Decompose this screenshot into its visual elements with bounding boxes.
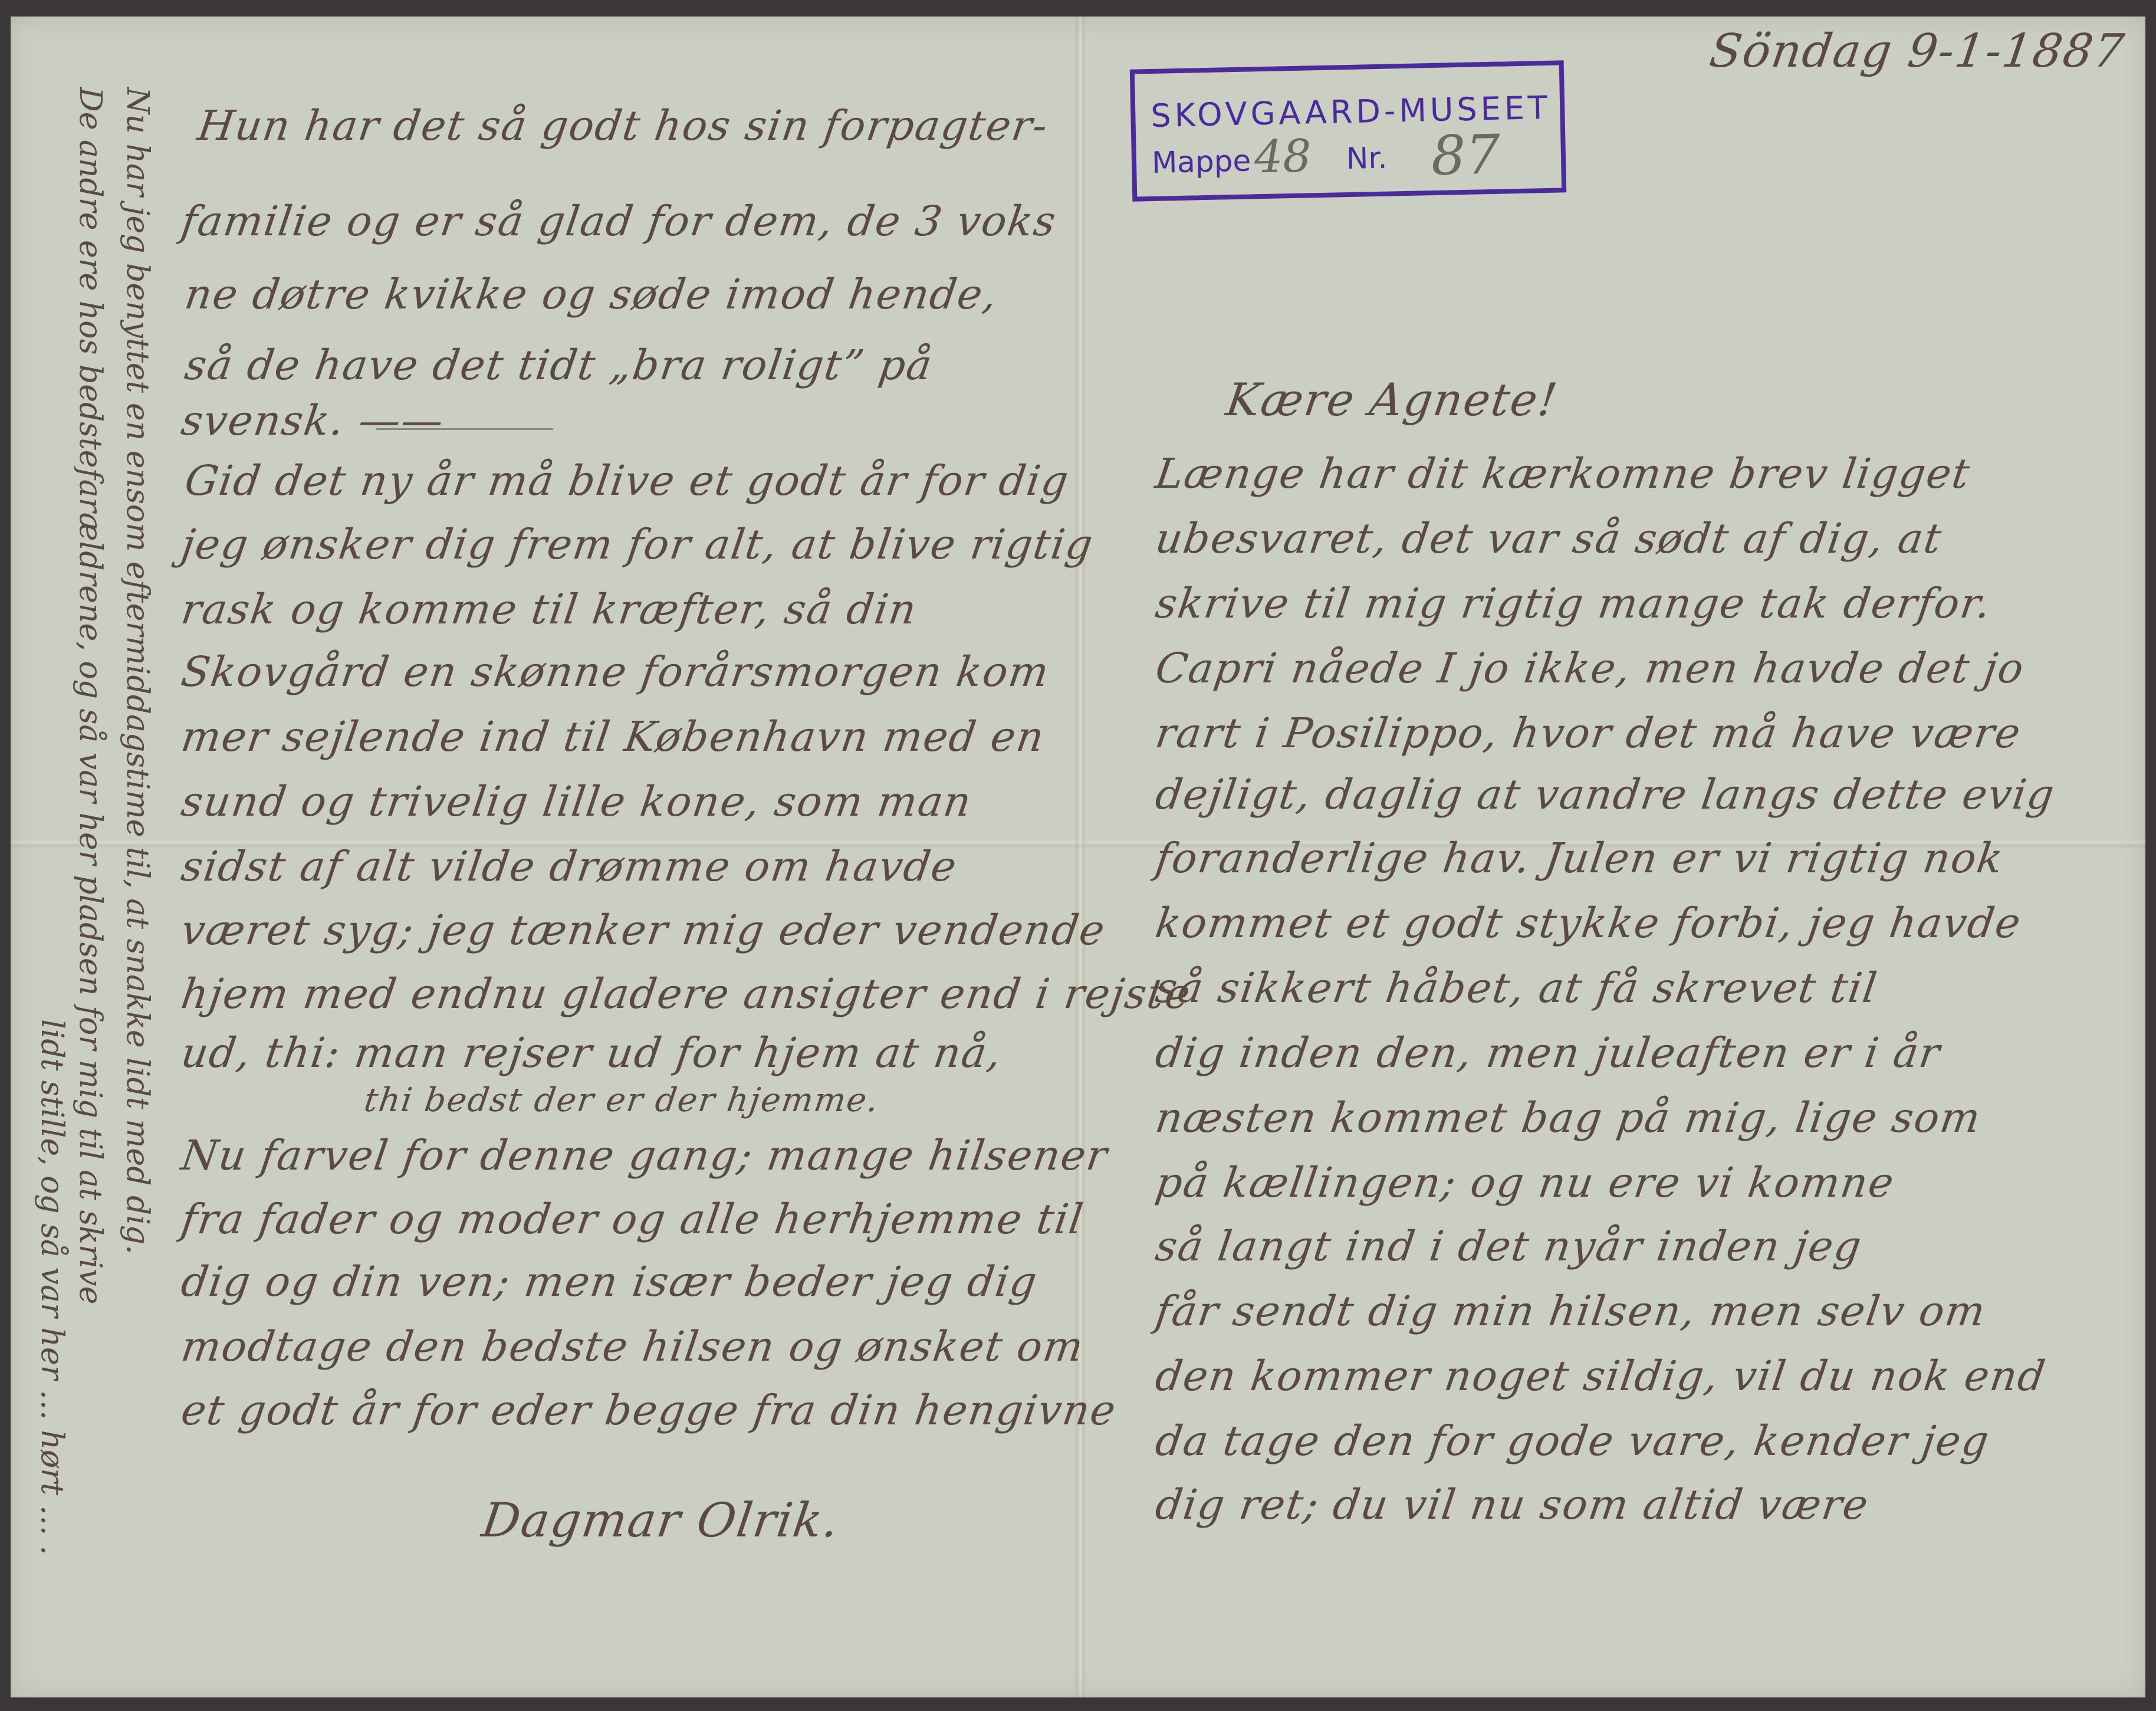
right-line-13: så langt ind i det nyår inden jeg: [1153, 1226, 1865, 1267]
left-line-18: fra fader og moder og alle herhjemme til: [179, 1198, 1086, 1240]
right-line-10: dig inden den, men juleaften er i år: [1153, 1032, 1943, 1073]
letter-paper: Hun har det så godt hos sin forpagter- f…: [11, 17, 2145, 1697]
left-line-14: hjem med endnu gladere ansigter end i re…: [179, 973, 1194, 1014]
right-line-17: dig ret; du vil nu som altid være: [1153, 1484, 1872, 1525]
right-line-15: den kommer noget sildig, vil du nok end: [1153, 1355, 2049, 1397]
right-line-16: da tage den for gode vare, kender jeg: [1153, 1420, 1992, 1462]
stamp-mappe-label: Mappe: [1151, 143, 1251, 180]
left-line-12: sidst af alt vilde drømme om havde: [179, 846, 960, 887]
margin-note-line-2: De andre ere hos bedstefarældrene, og så…: [73, 87, 108, 1305]
left-line-20: modtage den bedste hilsen og ønsket om: [179, 1326, 1087, 1367]
left-line-6: Gid det ny år må blive et godt år for di…: [182, 460, 1072, 501]
left-line-9: Skovgård en skønne forårsmorgen kom: [179, 651, 1052, 692]
left-line-7: jeg ønsker dig frem for alt, at blive ri…: [179, 524, 1096, 565]
left-line-13: været syg; jeg tænker mig eder vendende: [179, 909, 1108, 951]
right-line-5: rart i Posilippo, hvor det må have være: [1153, 712, 2024, 754]
stamp-mappe-value: 48: [1254, 129, 1312, 183]
right-line-7: foranderlige hav. Julen er vi rigtig nok: [1153, 838, 2006, 879]
right-line-1: Længe har dit kærkomne brev ligget: [1153, 453, 1973, 494]
left-line-19: dig og din ven; men især beder jeg dig: [179, 1261, 1040, 1302]
left-line-8: rask og komme til kræfter, så din: [179, 589, 920, 630]
right-line-11: næsten kommet bag på mig, lige som: [1153, 1097, 1984, 1138]
left-line-15: ud, thi: man rejser ud for hjem at nå,: [179, 1032, 1005, 1073]
left-line-2: familie og er så glad for dem, de 3 voks: [179, 201, 1059, 242]
left-page: Hun har det så godt hos sin forpagter- f…: [11, 17, 1078, 1697]
right-page: Söndag 9-1-1887 Kære Agnete! Længe har d…: [1085, 17, 2145, 1697]
left-line-1: Hun har det så godt hos sin forpagter-: [195, 105, 1051, 146]
right-line-14: får sendt dig min hilsen, men selv om: [1153, 1290, 1989, 1332]
dash-stroke: [376, 428, 553, 430]
right-line-8: kommet et godt stykke forbi, jeg havde: [1153, 902, 2024, 944]
left-line-3: ne døtre kvikke og søde imod hende,: [182, 274, 1000, 315]
left-line-11: sund og trivelig lille kone, som man: [179, 781, 975, 822]
right-line-4: Capri nåede I jo ikke, men havde det jo: [1153, 648, 2027, 689]
margin-note-line-3: lidt stille, og så var her … hørt … .: [34, 1019, 70, 1555]
stamp-nr-value: 87: [1431, 123, 1501, 188]
signature: Dagmar Olrik.: [479, 1497, 842, 1544]
left-line-17: Nu farvel for denne gang; mange hilsener: [179, 1135, 1110, 1176]
salutation: Kære Agnete!: [1224, 377, 1561, 422]
right-line-3: skrive til mig rigtig mange tak derfor.: [1153, 583, 1994, 624]
museum-stamp: SKOVGAARD-MUSEET Mappe 48 Nr. 87: [1130, 60, 1567, 201]
left-line-16-verse: thi bedst der er der hjemme.: [362, 1084, 882, 1117]
right-line-9: så sikkert håbet, at få skrevet til: [1153, 967, 1880, 1009]
right-line-12: på kællingen; og nu ere vi komne: [1153, 1162, 1897, 1203]
left-line-21: et godt år for eder begge fra din hengiv…: [179, 1390, 1119, 1431]
letter-date: Söndag 9-1-1887: [1707, 28, 2128, 74]
margin-note-line-1: Nu har jeg benyttet en ensom eftermiddag…: [120, 87, 155, 1254]
left-line-5: svensk. ——: [179, 400, 447, 441]
right-line-6: dejligt, daglig at vandre langs dette ev…: [1153, 774, 2058, 815]
stamp-nr-label: Nr.: [1346, 141, 1387, 176]
left-line-10: mer sejlende ind til København med en: [179, 716, 1047, 757]
left-line-4: så de have det tidt „bra roligt” på: [182, 344, 935, 386]
right-line-2: ubesvaret, det var så sødt af dig, at: [1153, 518, 1945, 559]
